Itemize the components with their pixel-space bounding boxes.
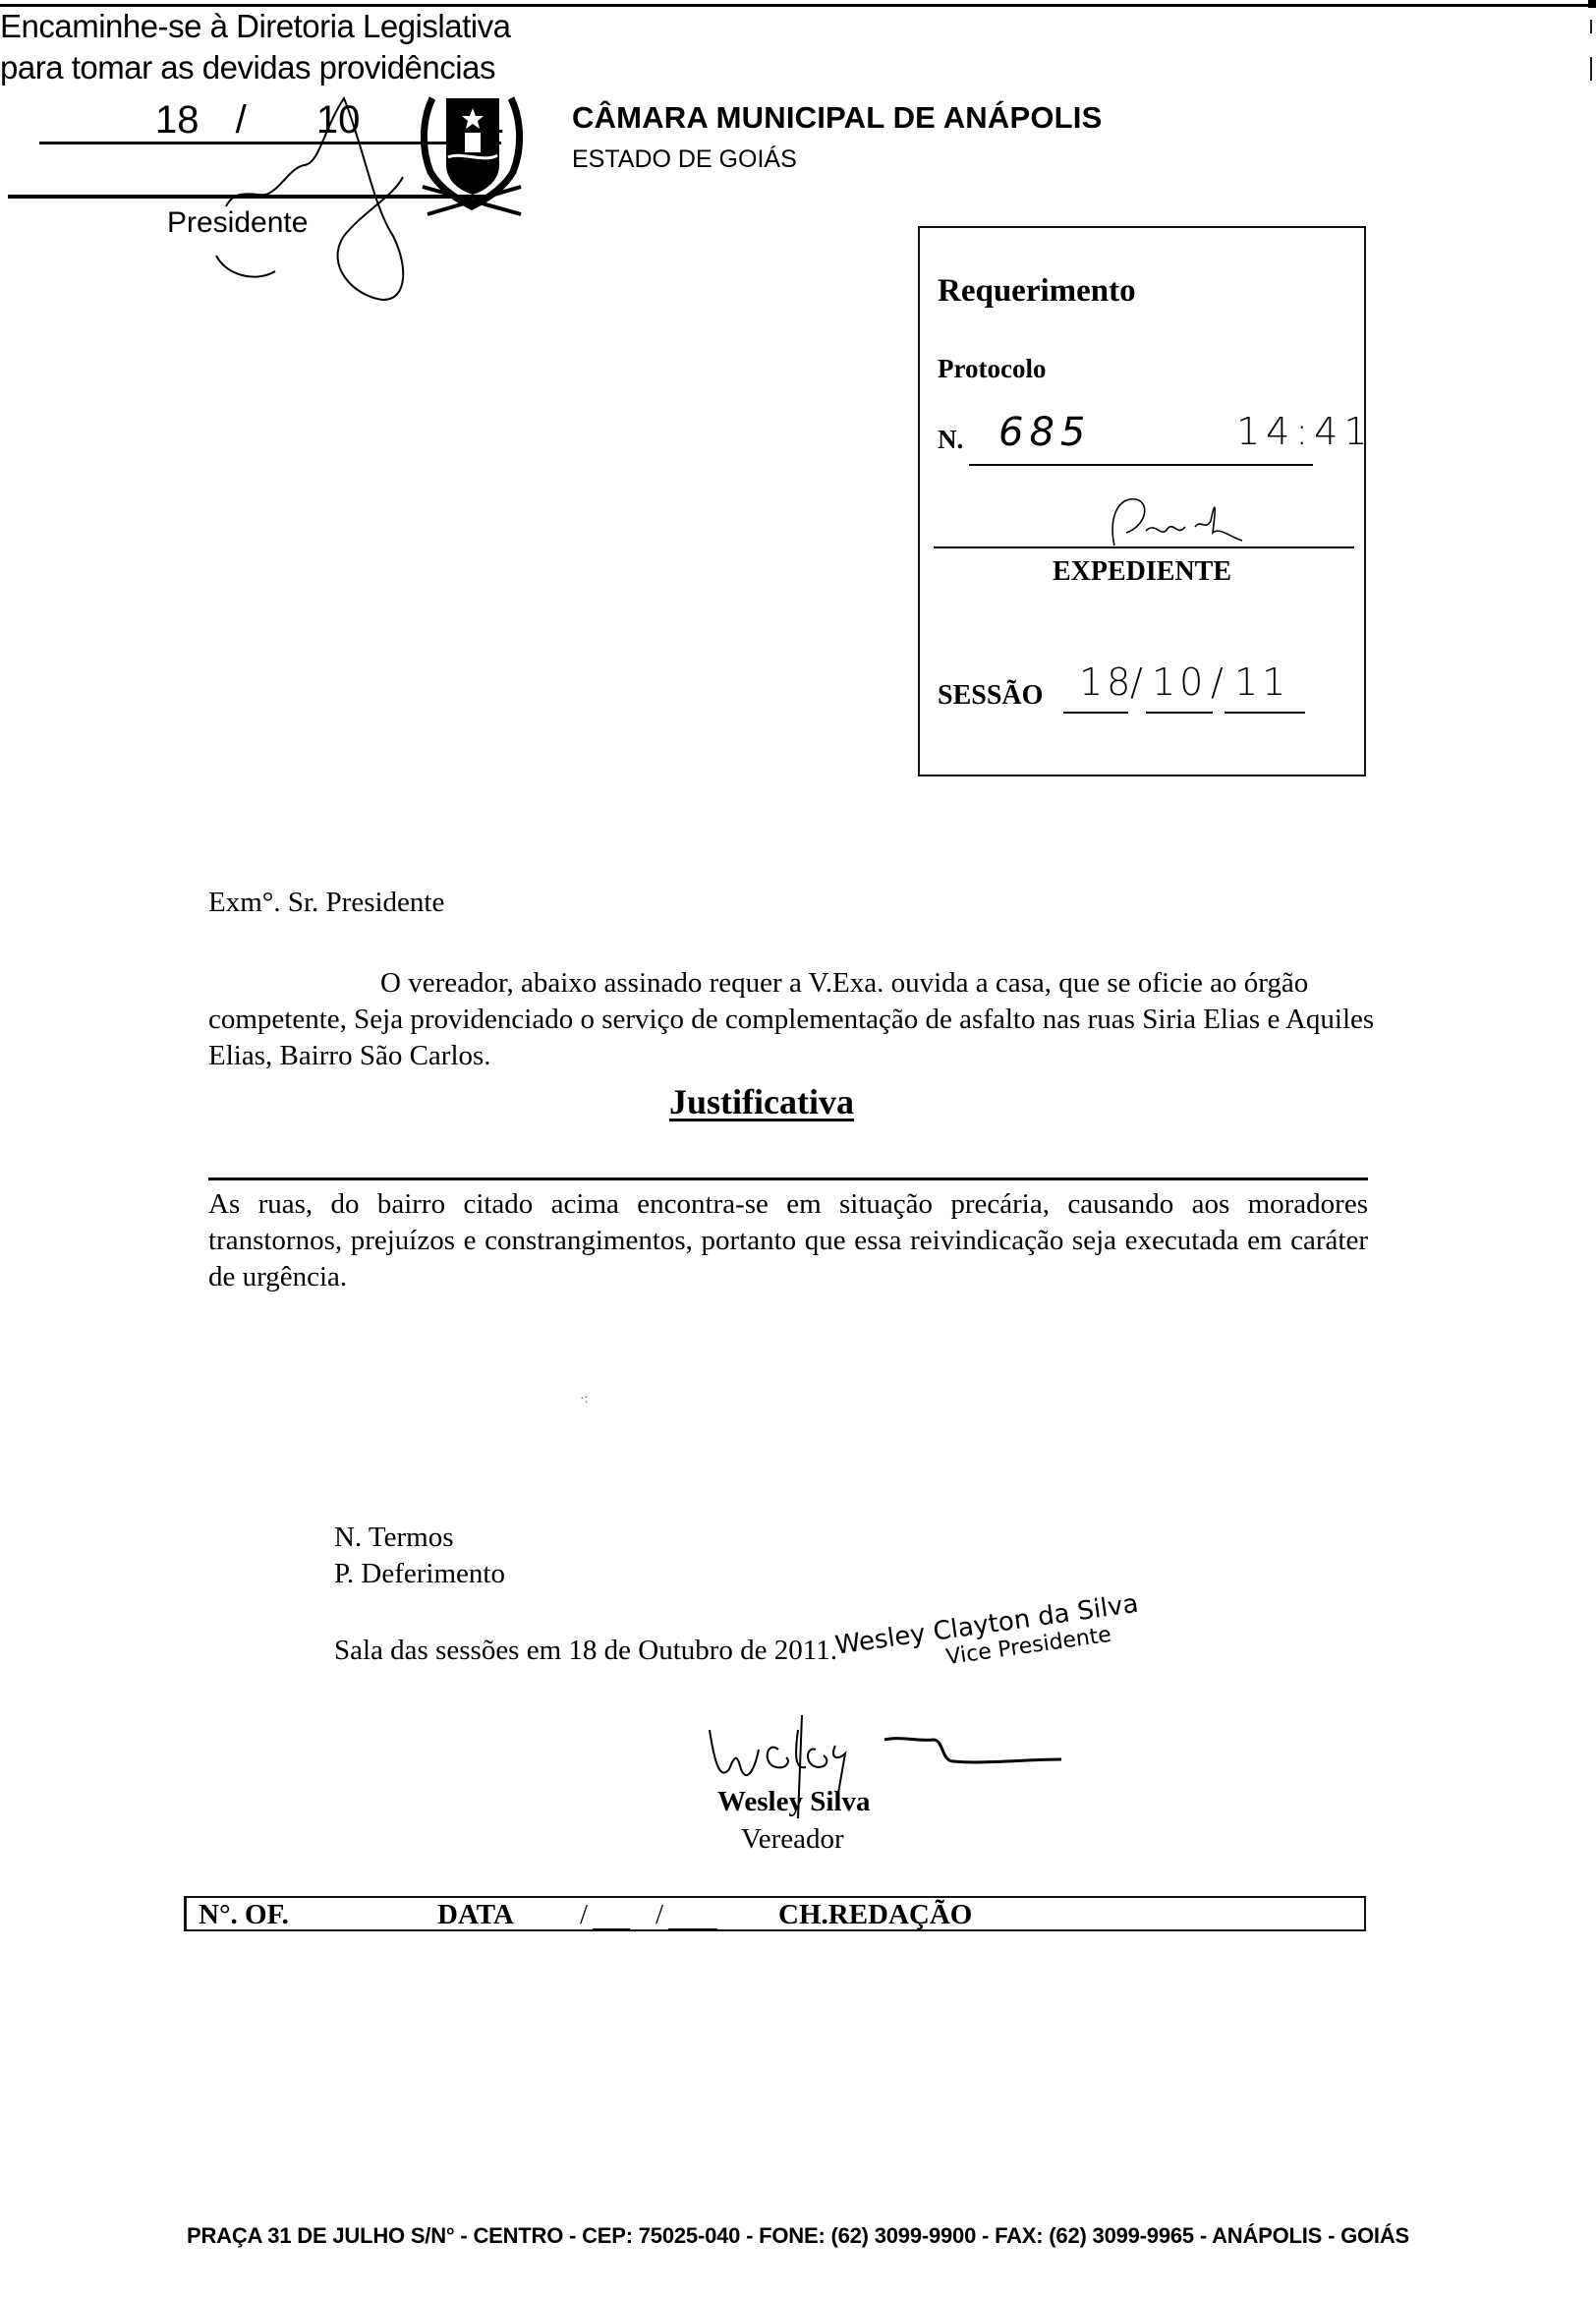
office-date-label: DATA [437, 1899, 514, 1931]
protocol-box-title: Requerimento [938, 273, 1136, 310]
signer-role: Vereador [741, 1823, 844, 1856]
protocol-box: Requerimento Protocolo N. 685 14:41 EXPE… [918, 226, 1366, 776]
session-sep: / [1211, 661, 1227, 704]
protocol-number-label: N. [938, 425, 963, 455]
session-label: SESSÃO [938, 680, 1043, 712]
protocol-number-line [969, 464, 1313, 466]
office-redaction-label: CH.REDAÇÃO [778, 1899, 972, 1931]
session-day-line [1063, 712, 1128, 714]
session-month-line [1146, 712, 1213, 714]
salutation: Exm°. Sr. Presidente [208, 887, 444, 919]
office-date-blank [593, 1928, 630, 1929]
protocol-number-value: 685 [998, 410, 1091, 455]
request-body: O vereador, abaixo assinado requer a V.E… [208, 965, 1376, 1074]
protocol-signature-line [934, 546, 1354, 548]
justification-rule [208, 1178, 1368, 1180]
edge-tick [1590, 57, 1592, 81]
vice-president-stamp: Wesley Clayton da Silva Vice Presidente [833, 1589, 1144, 1686]
footer-address: PRAÇA 31 DE JULHO S/N° - CENTRO - CEP: 7… [0, 2223, 1596, 2249]
clerk-signature-icon [1107, 491, 1244, 550]
session-year-value: 11 [1234, 661, 1289, 704]
closing-line-1: N. Termos [334, 1522, 453, 1554]
org-name: CÂMARA MUNICIPAL DE ANÁPOLIS [572, 100, 1103, 136]
expediente-label: EXPEDIENTE [920, 556, 1364, 588]
office-date-sep: / [580, 1899, 588, 1931]
justification-title: Justificativa [0, 1081, 1523, 1122]
closing-line-2: P. Deferimento [334, 1558, 505, 1590]
top-border-rule [0, 4, 1596, 7]
justification-text: As ruas, do bairro citado acima encontra… [208, 1186, 1368, 1295]
place-and-date: Sala das sessões em 18 de Outubro de 201… [334, 1635, 837, 1667]
office-record-bar: N°. OF. DATA / / CH.REDAÇÃO [184, 1896, 1366, 1931]
scan-speck: ·: [580, 1392, 589, 1408]
office-number-label: N°. OF. [199, 1899, 289, 1931]
coat-of-arms-icon [403, 79, 541, 216]
dispatch-signature-label: Presidente [167, 206, 308, 240]
protocol-label: Protocolo [938, 354, 1046, 384]
session-day-value: 18 [1079, 661, 1134, 704]
protocol-time-value: 14:41 [1236, 410, 1374, 453]
corner-mark [1588, 0, 1596, 8]
request-body-text: O vereador, abaixo assinado requer a V.E… [208, 967, 1374, 1071]
date-day: 18 [155, 98, 199, 143]
session-sep: / [1130, 661, 1147, 704]
office-date-sep: / [655, 1899, 663, 1931]
dispatch-stamp-line1: Encaminhe-se à Diretoria Legislativa [0, 8, 510, 45]
office-date-blank [668, 1928, 717, 1929]
org-state: ESTADO DE GOIÁS [572, 145, 797, 174]
session-year-line [1225, 712, 1305, 714]
edge-tick [1590, 20, 1592, 33]
session-month-value: 10 [1152, 661, 1207, 704]
signer-name: Wesley Silva [717, 1786, 870, 1818]
